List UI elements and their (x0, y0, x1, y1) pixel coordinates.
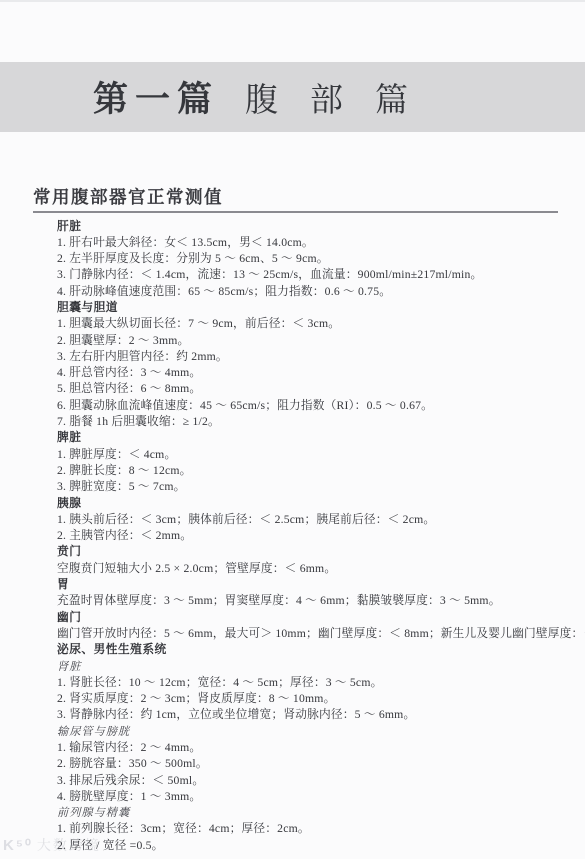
section-title: 肝脏 (57, 219, 560, 235)
measurement-line: 1. 前列腺长径：3cm；宽径：4cm；厚径：2cm。 (57, 821, 560, 837)
measurement-line: 3. 肾静脉内径：约 1cm，立位或坐位增宽；肾动脉内径：5 ～ 6mm。 (57, 707, 560, 723)
measurement-line: 4. 肝总管内径：3 ～ 4mm。 (57, 365, 560, 381)
measurement-line: 7. 脂餐 1h 后胆囊收缩：≥ 1/2。 (57, 414, 560, 430)
sections-container: 肝脏1. 肝右叶最大斜径：女＜ 13.5cm，男＜ 14.0cm。2. 左半肝厚… (33, 219, 560, 855)
measurement-line: 4. 肝动脉峰值速度范围：65 ～ 85cm/s；阻力指数：0.6 ～ 0.75… (57, 284, 560, 300)
watermark: K⁵⁰ 大数跨境 (3, 835, 101, 855)
measurement-line: 1. 肝右叶最大斜径：女＜ 13.5cm，男＜ 14.0cm。 (57, 235, 560, 251)
measurement-line: 3. 脾脏宽度：5 ～ 7cm。 (57, 479, 560, 495)
section-title: 泌尿、男性生殖系统 (57, 642, 560, 658)
measurement-line: 3. 左右肝内胆管内径：约 2mm。 (57, 349, 560, 365)
watermark-logo-icon: K⁵⁰ (3, 836, 33, 854)
measurement-line: 2. 左半肝厚度及长度：分别为 5 ～ 6cm、5 ～ 9cm。 (57, 251, 560, 267)
measurement-line: 1. 脾脏厚度：＜ 4cm。 (57, 447, 560, 463)
measurement-line: 2. 主胰管内径：＜ 2mm。 (57, 528, 560, 544)
watermark-text: 大数跨境 (37, 835, 101, 855)
measurement-line: 1. 胆囊最大纵切面长径：7 ～ 9cm，前后径：＜ 3cm。 (57, 316, 560, 332)
section-title: 幽门 (57, 610, 560, 626)
section-title: 脾脏 (57, 430, 560, 446)
measurement-line: 3. 门静脉内径：＜ 1.4cm，流速：13 ～ 25cm/s，血流量：900m… (57, 267, 560, 283)
measurement-line: 2. 脾脏长度：8 ～ 12cm。 (57, 463, 560, 479)
part-name-label: 腹部篇 (245, 81, 440, 118)
part-title: 第一篇腹部篇 (93, 72, 440, 122)
section-title: 胃 (57, 577, 560, 593)
scan-top-edge (0, 0, 585, 2)
section-title: 胆囊与胆道 (57, 300, 560, 316)
measurement-line: 2. 厚径 / 宽径 =0.5。 (57, 838, 560, 854)
section-title: 前列腺与精囊 (57, 805, 560, 821)
measurement-line: 4. 膀胱壁厚度：1 ～ 3mm。 (57, 789, 560, 805)
measurement-line: 空腹贲门短轴大小 2.5 × 2.0cm；管壁厚度：＜ 6mm。 (57, 561, 560, 577)
section-title: 输尿管与膀胱 (57, 724, 560, 740)
title-underline (33, 211, 558, 213)
measurement-line: 3. 排尿后残余尿：＜ 50ml。 (57, 773, 560, 789)
section-title: 贲门 (57, 544, 560, 560)
measurement-line: 2. 膀胱容量：350 ～ 500ml。 (57, 756, 560, 772)
part-number-label: 第一篇 (93, 80, 219, 119)
measurement-line: 2. 肾实质厚度：2 ～ 3cm；肾皮质厚度：8 ～ 10mm。 (57, 691, 560, 707)
measurement-line: 充盈时胃体壁厚度：3 ～ 5mm；胃窦壁厚度：4 ～ 6mm；黏膜皱襞厚度：3 … (57, 593, 560, 609)
part-title-band: 第一篇腹部篇 (0, 62, 585, 132)
measurement-line: 1. 输尿管内径：2 ～ 4mm。 (57, 740, 560, 756)
measurement-line: 2. 胆囊壁厚：2 ～ 3mm。 (57, 333, 560, 349)
measurement-line: 6. 胆囊动脉血流峰值速度：45 ～ 65cm/s；阻力指数（RI）：0.5 ～… (57, 398, 560, 414)
scanned-book-page: { "band": { "part_label": "第一篇", "sectio… (0, 0, 585, 859)
measurement-line: 1. 胰头前后径：＜ 3cm；胰体前后径：＜ 2.5cm；胰尾前后径：＜ 2cm… (57, 512, 560, 528)
measurement-line: 5. 胆总管内径：6 ～ 8mm。 (57, 381, 560, 397)
measurement-line: 1. 肾脏长径：10 ～ 12cm；宽径：4 ～ 5cm；厚径：3 ～ 5cm。 (57, 675, 560, 691)
section-title: 胰腺 (57, 496, 560, 512)
page-title: 常用腹部器官正常测值 (33, 186, 560, 208)
page-content: 常用腹部器官正常测值 肝脏1. 肝右叶最大斜径：女＜ 13.5cm，男＜ 14.… (33, 186, 560, 854)
measurement-line: 幽门管开放时内径：5 ～ 6mm，最大可＞ 10mm；幽门壁厚度：＜ 8mm；新… (57, 626, 560, 642)
section-title: 肾脏 (57, 659, 560, 675)
